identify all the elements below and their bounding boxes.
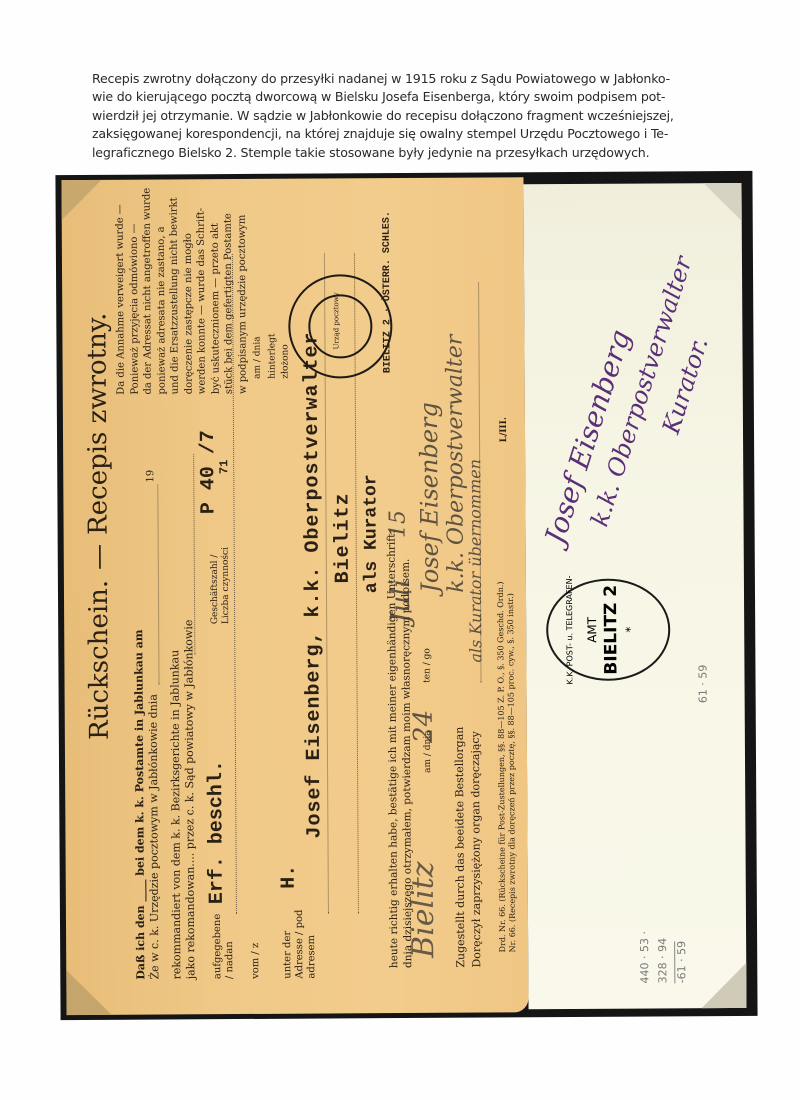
form-line1-pl: Że w c. k. Urzędzie pocztowym w Jabłónko… — [147, 694, 162, 979]
caption-line: wierdził jej otrzymanie. W sądzie w Jabł… — [92, 107, 712, 125]
handwritten-year: 15 — [385, 510, 410, 538]
pencil-note: 440 · 53 · — [638, 931, 651, 984]
refusal-line: w podpisanym urzędzie pocztowym — [235, 184, 250, 394]
handwritten-note: als Kurator übernommen — [465, 459, 485, 663]
caption: Recepis zwrotny dołączony do przesyłki n… — [92, 70, 712, 162]
zugestellt-de: Zugestellt durch das beeidete Bestellorg… — [453, 727, 467, 968]
handwritten-day: 24 — [409, 710, 439, 743]
handwritten-signature: Josef Eisenberg — [415, 402, 444, 593]
refusal-line: Da die Annahme verweigert wurde — — [113, 185, 128, 395]
form-line2-pl: jako rekomandowan.... przez c. k. Sąd po… — [182, 620, 197, 980]
refusal-block: Da die Annahme verweigert wurde — Poniew… — [113, 184, 249, 395]
form-line2-de: rekommandiert von dem k. k. Bezirksgeric… — [168, 650, 183, 980]
return-receipt-form: Rückschein. — Recepis zwrotny. Daß ich d… — [61, 177, 528, 1015]
hinterlegt-label: hinterlegt — [267, 333, 277, 378]
oval-stamp-content: K.K. POST- u. TELEGRAFEN- AMT BIELITZ 2 … — [557, 569, 656, 690]
caption-line: Recepis zwrotny dołączony do przesyłki n… — [92, 70, 712, 88]
addressee-name: Josef Eisenberg, k.k. Oberpostverwalter — [300, 331, 326, 838]
form-title-pl: Recepis zwrotny. — [82, 313, 113, 535]
addressee-prefix: H. — [278, 865, 301, 889]
ten-go-label: ten / go — [422, 648, 432, 683]
stamp-ornament: * — [623, 570, 638, 690]
year-label: 19 — [145, 470, 156, 483]
handwritten-month: Juli — [386, 579, 416, 623]
footer-pl: Nr. 66. (Recepis zwrotny dla doręczeń pr… — [506, 593, 517, 952]
album-mount: Rückschein. — Recepis zwrotny. Daß ich d… — [55, 171, 757, 1020]
refusal-line: doręczenie zastępcze nie mogło — [181, 184, 196, 394]
form-line1-de: Daß ich den ____ bei dem k. k. Postamte … — [132, 629, 147, 979]
refusal-line: werden konnte — wurde das Schrift- — [194, 184, 209, 394]
am-dnia-label-2: am / dnia — [252, 336, 262, 379]
geschaeftszahl-label: Geschäftszahl / Liczba czynności — [210, 534, 233, 624]
refusal-line: Ponieważ przyjęcia odmówiono — — [127, 185, 142, 395]
geschaeftszahl-sub: 71 — [217, 460, 231, 474]
vom-label: vom / z — [250, 943, 261, 979]
correspondence-fragment: Josef Eisenberg k.k. Oberpostverwalter K… — [523, 183, 746, 1009]
postmark-text: BIELITZ 2 · ÖSTERR. SCHLES. — [382, 211, 394, 373]
aufgegebene-value: Erf. beschl. — [205, 760, 229, 904]
oval-stamp: K.K. POST- u. TELEGRAFEN- AMT BIELITZ 2 … — [546, 578, 671, 681]
adresse-label: unter der Adresse / pod adresem — [282, 899, 318, 979]
pencil-side-note: 61 · 59 — [696, 665, 709, 704]
form-title-de: Rückschein. — [84, 580, 115, 740]
form-title-sep: — — [84, 544, 114, 570]
caption-line: wie do kierującego pocztą dworcową w Bie… — [92, 88, 712, 106]
refusal-line: być uskutecznionem — przeto akt — [208, 184, 223, 394]
zlozono-label: złożono — [280, 344, 290, 379]
purple-signature: Josef Eisenberg k.k. Oberpostverwalter K… — [526, 201, 800, 611]
stamp-center-main: BIELITZ 2 — [601, 570, 622, 690]
kurator-value: als Kurator — [361, 474, 382, 593]
refusal-line: da der Adressat nicht angetroffen wurde — [140, 185, 155, 395]
photo-corner — [703, 183, 741, 221]
dotted-line — [157, 485, 159, 685]
city-value: Bielitz — [331, 492, 355, 583]
stamp-center-top: AMT — [585, 570, 600, 690]
zugestellt-pl: Doręczył zaprzysiężony organ doręczający — [469, 731, 483, 967]
pencil-note: -61 · 59 — [674, 941, 688, 984]
postmark-inner-text: Urząd pocztowy — [332, 292, 340, 349]
stamp-ring-text: K.K. POST- u. TELEGRAFEN- — [565, 570, 575, 690]
dotted-line — [193, 454, 195, 654]
pencil-note: 328 · 94 — [656, 938, 669, 984]
form-content-rotated: Rückschein. — Recepis zwrotny. Daß ich d… — [61, 177, 528, 1015]
photo-corner — [701, 963, 746, 1008]
caption-line: zaksięgowanej korespondencji, na której … — [92, 125, 712, 143]
footer-code: L/III. — [499, 417, 509, 442]
refusal-line: und die Ersatzzustellung nicht bewirkt — [167, 184, 182, 394]
refusal-line: ponieważ adresata nie zastano, a — [154, 184, 169, 394]
handwritten-place: Bielitz — [406, 861, 442, 958]
caption-line: legraficznego Bielsko 2. Stemple takie s… — [92, 144, 712, 162]
refusal-line: stück bei dem gefertigten Postamte — [221, 184, 236, 394]
aufgegebene-label: aufgegebene / nadan — [212, 909, 236, 979]
